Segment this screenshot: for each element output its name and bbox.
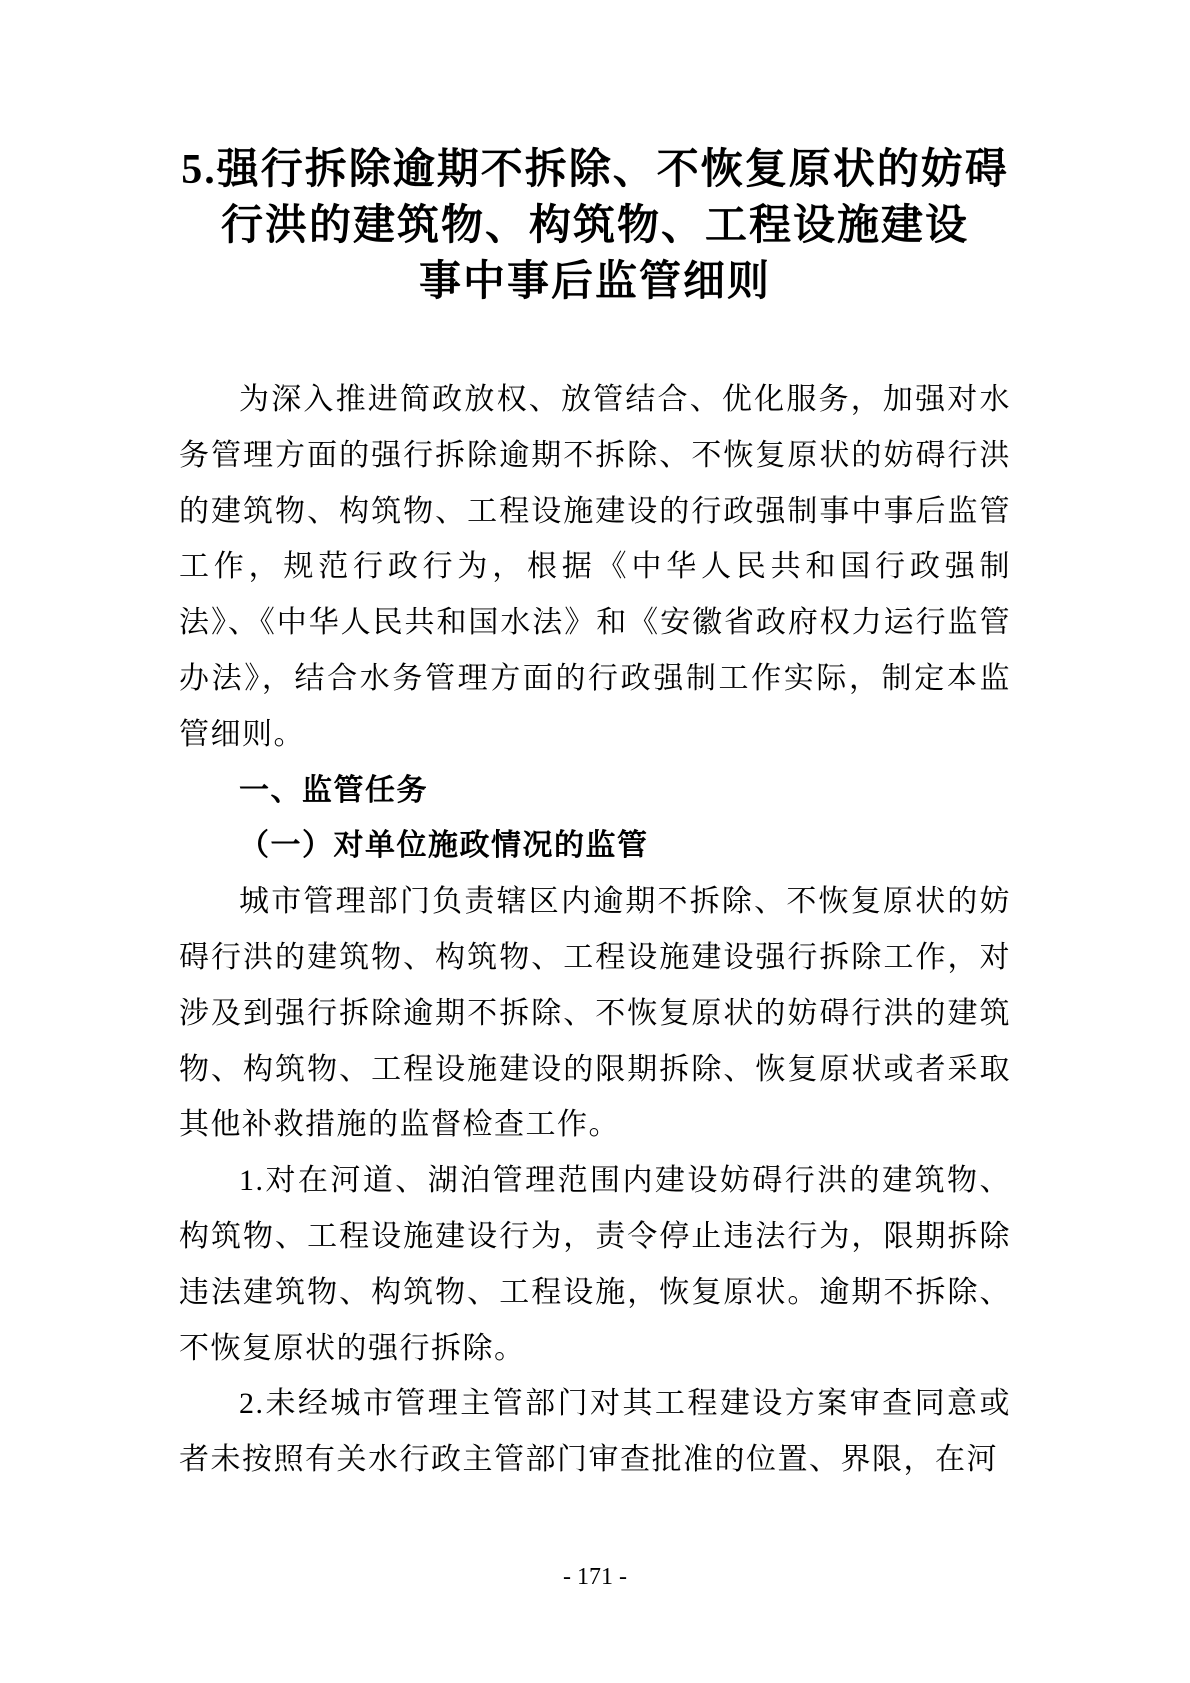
page-number: - 171 -	[0, 1562, 1190, 1592]
document-content: 5.强行拆除逾期不拆除、不恢复原状的妨碍 行洪的建筑物、构筑物、工程设施建设 事…	[179, 0, 1011, 1488]
paragraph-supervision-scope: 城市管理部门负责辖区内逾期不拆除、不恢复原状的妨碍行洪的建筑物、构筑物、工程设施…	[179, 874, 1011, 1153]
subsection-heading-unit-administration: （一）对单位施政情况的监管	[179, 818, 1011, 874]
list-item-1: 1.对在河道、湖泊管理范围内建设妨碍行洪的建筑物、构筑物、工程设施建设行为，责令…	[179, 1153, 1011, 1376]
title-line-3: 事中事后监管细则	[179, 254, 1011, 310]
title-line-1: 5.强行拆除逾期不拆除、不恢复原状的妨碍	[179, 142, 1011, 198]
section-heading-supervision-tasks: 一、监管任务	[179, 763, 1011, 819]
list-item-2-partial: 2.未经城市管理主管部门对其工程建设方案审查同意或者未按照有关水行政主管部门审查…	[179, 1376, 1011, 1488]
intro-paragraph: 为深入推进简政放权、放管结合、优化服务，加强对水务管理方面的强行拆除逾期不拆除、…	[179, 372, 1011, 763]
document-title: 5.强行拆除逾期不拆除、不恢复原状的妨碍 行洪的建筑物、构筑物、工程设施建设 事…	[179, 142, 1011, 310]
title-line-2: 行洪的建筑物、构筑物、工程设施建设	[179, 198, 1011, 254]
document-page: 5.强行拆除逾期不拆除、不恢复原状的妨碍 行洪的建筑物、构筑物、工程设施建设 事…	[0, 0, 1190, 1683]
